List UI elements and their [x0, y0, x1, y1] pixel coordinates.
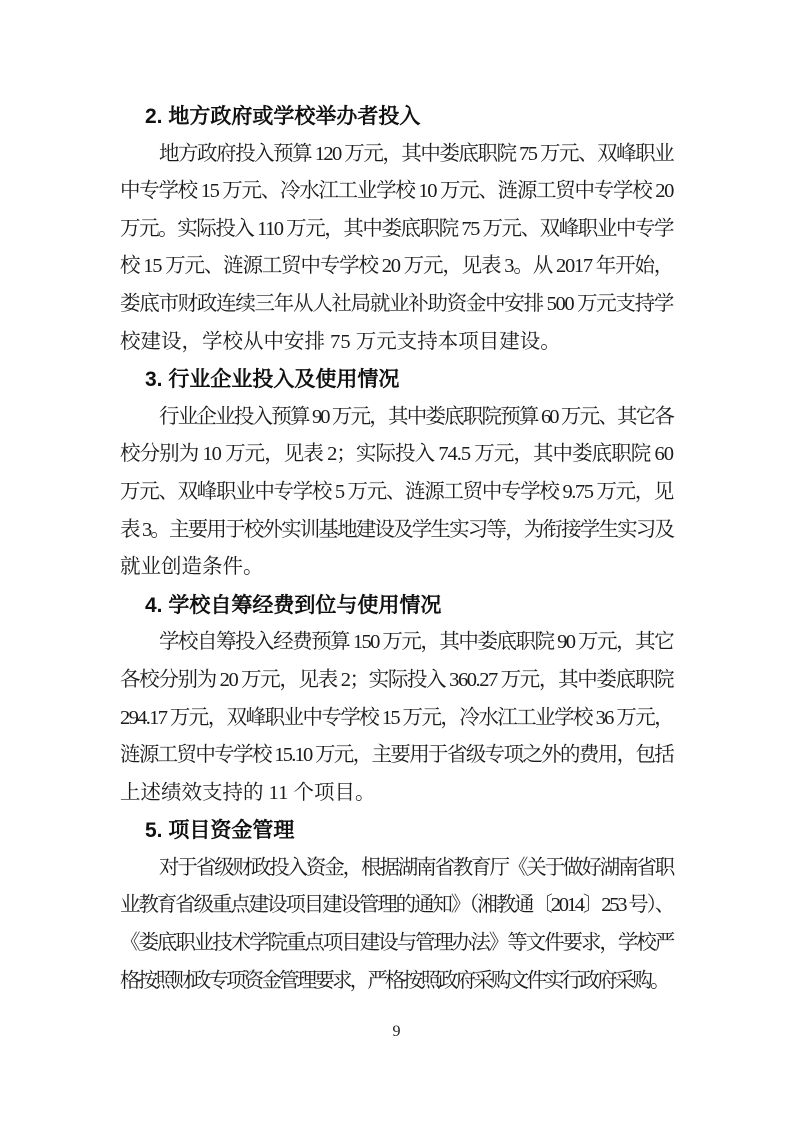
paragraph-line: 地方政府投入预算 120 万元，其中娄底职院 75 万元、双峰职业 — [120, 136, 673, 174]
document-body: 2. 地方政府或学校举办者投入地方政府投入预算 120 万元，其中娄底职院 75… — [120, 98, 673, 1000]
paragraph-line: 上述绩效支持的 11 个项目。 — [120, 775, 673, 813]
section-heading: 3. 行业企业投入及使用情况 — [120, 361, 673, 399]
paragraph-line: 294.17 万元，双峰职业中专学校 15 万元，冷水江工业学校 36 万元， — [120, 700, 673, 738]
paragraph-line: 中专学校 15 万元、冷水江工业学校 10 万元、涟源工贸中专学校 20 — [120, 173, 673, 211]
section-heading: 2. 地方政府或学校举办者投入 — [120, 98, 673, 136]
paragraph-line: 表 3。主要用于校外实训基地建设及学生实习等，为衔接学生实习及 — [120, 512, 673, 550]
paragraph-line: 万元、双峰职业中专学校 5 万元、涟源工贸中专学校 9.75 万元，见 — [120, 474, 673, 512]
paragraph-line: 业教育省级重点建设项目建设管理的通知》（湘教通〔2014〕253 号）、 — [120, 887, 673, 925]
paragraph-line: 万元。实际投入 110 万元，其中娄底职院 75 万元、双峰职业中专学 — [120, 211, 673, 249]
paragraph-line: 校分别为 10 万元，见表 2；实际投入 74.5 万元，其中娄底职院 60 — [120, 436, 673, 474]
paragraph-line: 对于省级财政投入资金，根据湖南省教育厅《关于做好湖南省职 — [120, 850, 673, 888]
paragraph-line: 行业企业投入预算 90 万元，其中娄底职院预算 60 万元、其它各 — [120, 399, 673, 437]
paragraph-line: 学校自筹投入经费预算 150 万元，其中娄底职院 90 万元，其它 — [120, 624, 673, 662]
paragraph-line: 就业创造条件。 — [120, 549, 673, 587]
section-heading: 5. 项目资金管理 — [120, 812, 673, 850]
paragraph-line: 《娄底职业技术学院重点项目建设与管理办法》等文件要求，学校严 — [120, 925, 673, 963]
paragraph-line: 各校分别为 20 万元，见表 2；实际投入 360.27 万元，其中娄底职院 — [120, 662, 673, 700]
page-number: 9 — [0, 1022, 793, 1042]
paragraph-line: 校 15 万元、涟源工贸中专学校 20 万元，见表 3。从 2017 年开始， — [120, 248, 673, 286]
paragraph-line: 校建设，学校从中安排 75 万元支持本项目建设。 — [120, 324, 673, 362]
paragraph-line: 涟源工贸中专学校 15.10 万元，主要用于省级专项之外的费用，包括 — [120, 737, 673, 775]
paragraph-line: 格按照财政专项资金管理要求，严格按照政府采购文件实行政府采购。 — [120, 963, 673, 1001]
document-page: 2. 地方政府或学校举办者投入地方政府投入预算 120 万元，其中娄底职院 75… — [0, 0, 793, 1122]
section-heading: 4. 学校自筹经费到位与使用情况 — [120, 587, 673, 625]
paragraph-line: 娄底市财政连续三年从人社局就业补助资金中安排 500 万元支持学 — [120, 286, 673, 324]
